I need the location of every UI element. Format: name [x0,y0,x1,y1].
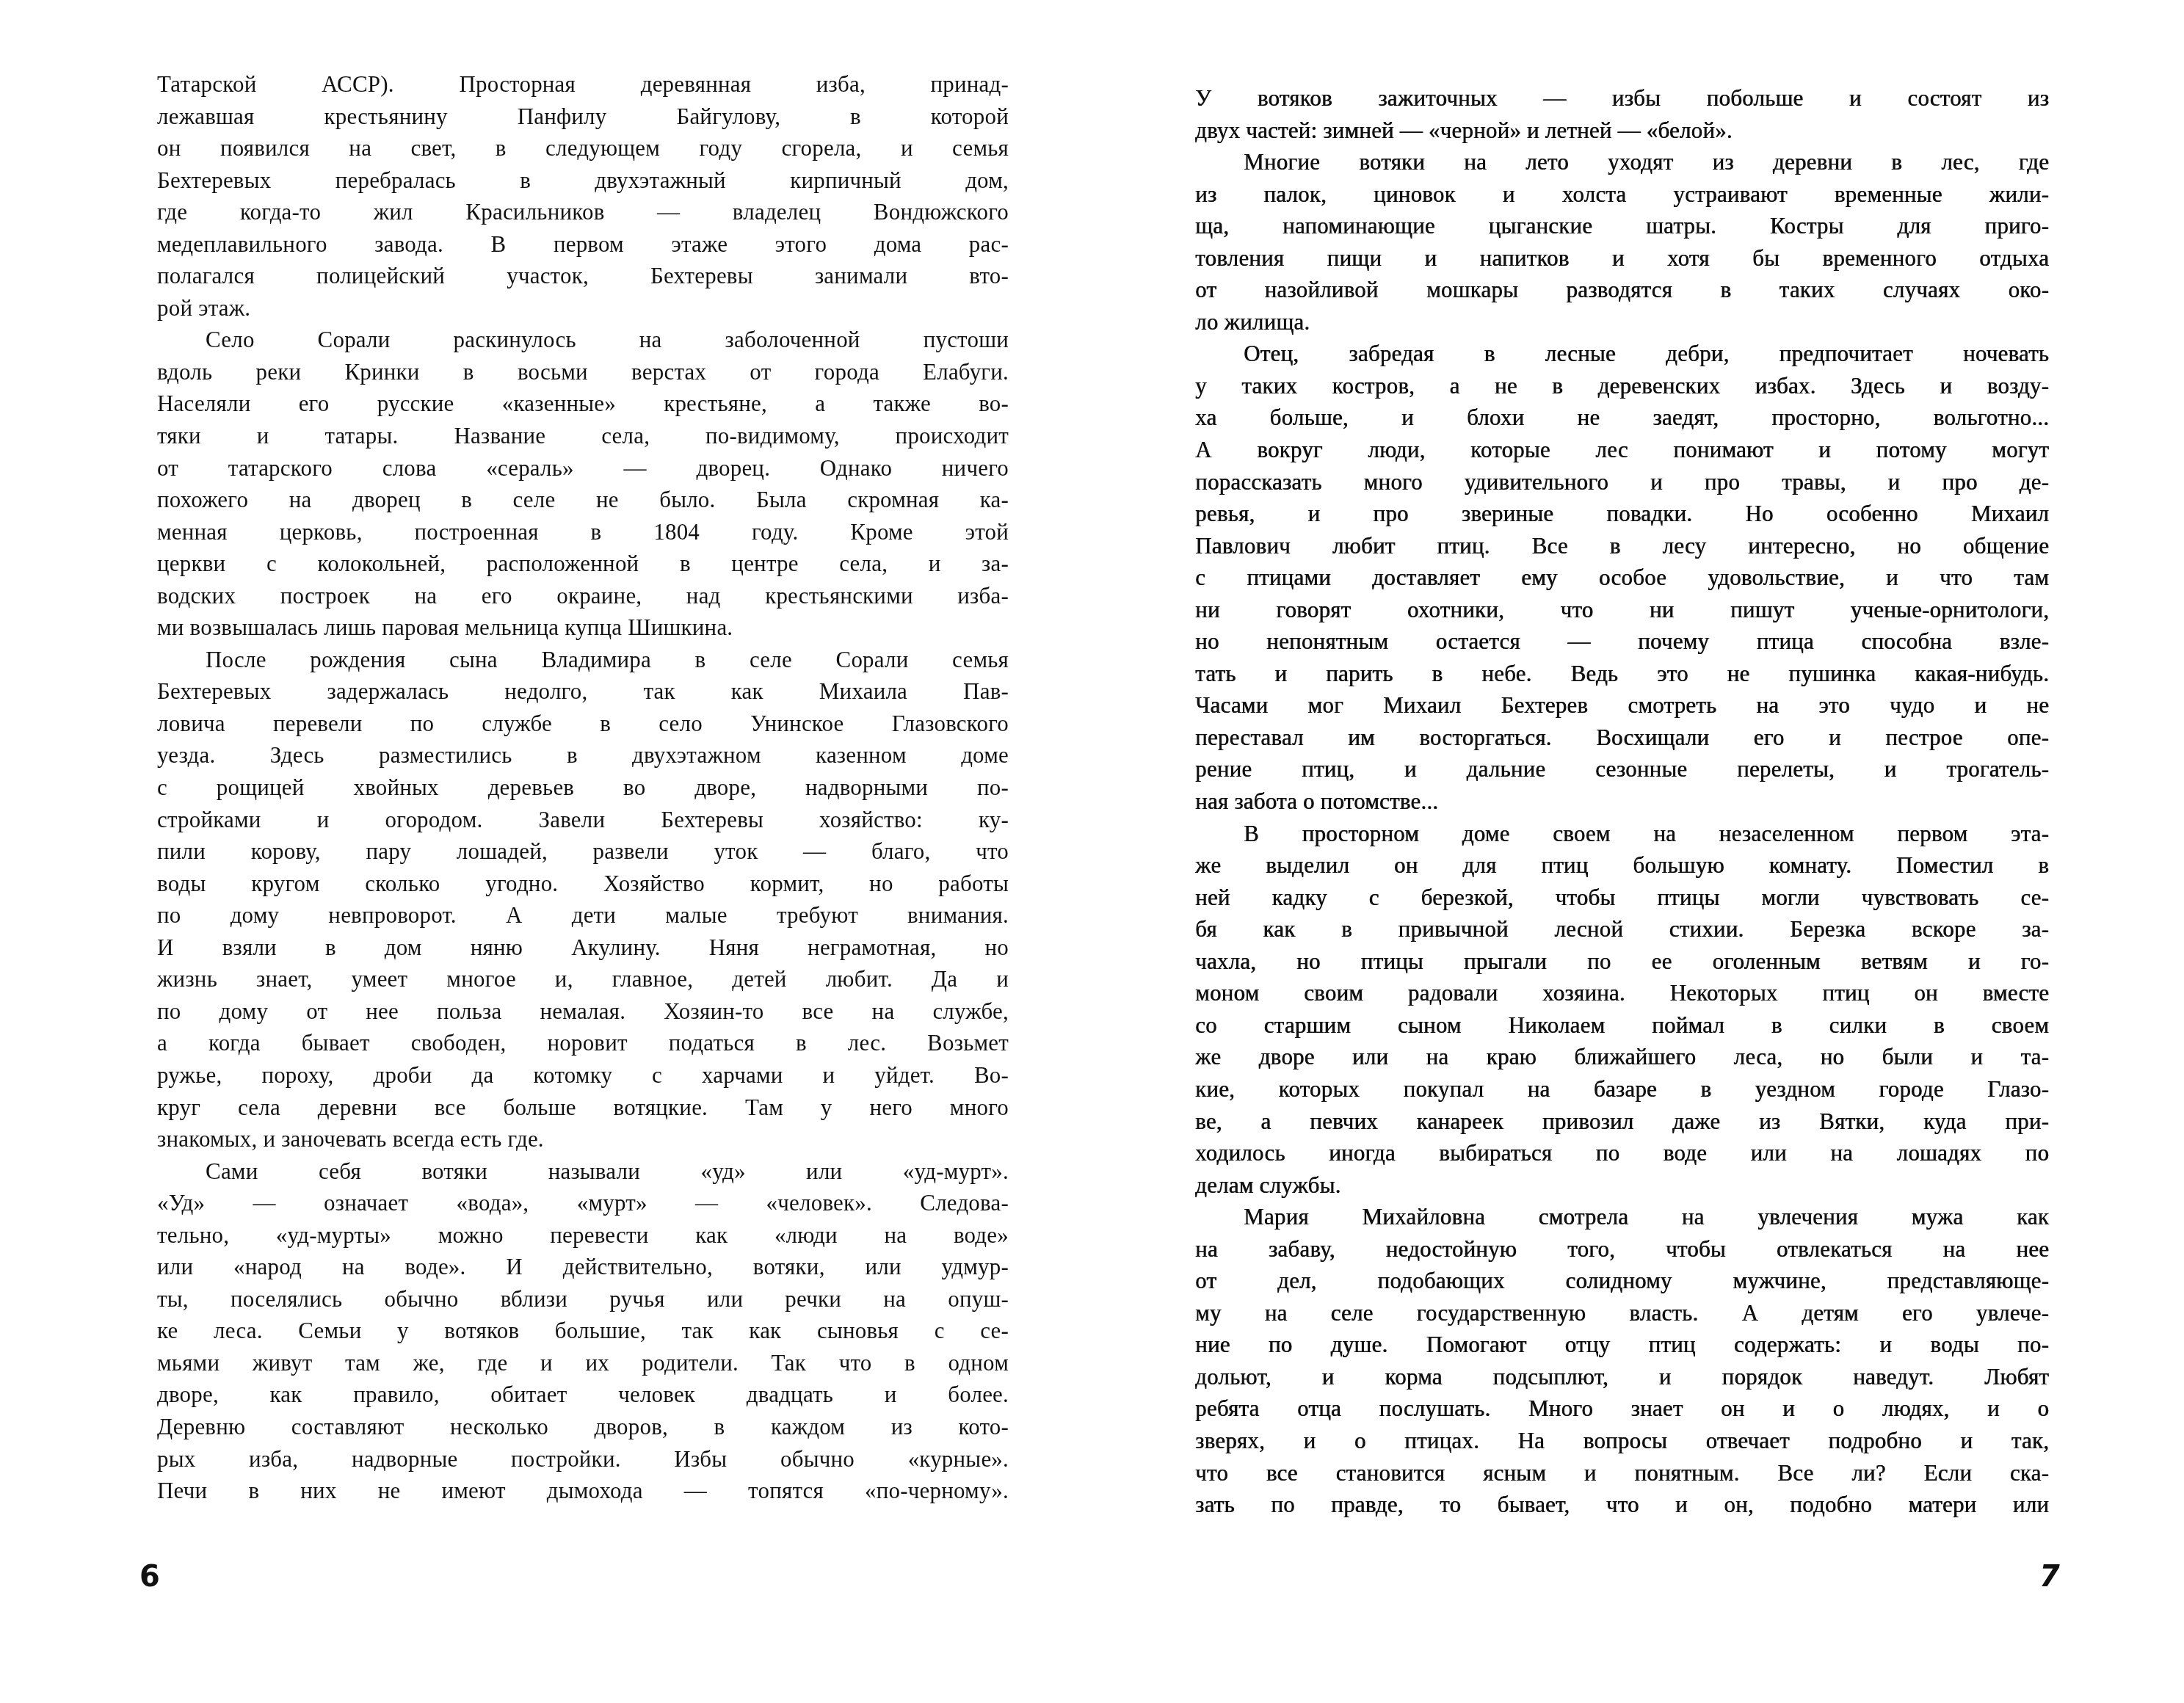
text-line: похожего на дворец в селе не было. Была … [157,484,1009,516]
text-line: ходилось иногда выбираться по воде или н… [1195,1137,2049,1169]
text-line: тать и парить в небе. Ведь это не пушинк… [1195,658,2049,690]
text-line: пили корову, пару лошадей, развели уток … [157,835,1009,868]
text-line: ке леса. Семьи у вотяков большие, так ка… [157,1315,1009,1347]
text-line: ловича перевели по службе в село Унинско… [157,708,1009,740]
text-line: ние по душе. Помогают отцу птиц содержат… [1195,1329,2049,1361]
text-line: ща, напоминающие цыганские шатры. Костры… [1195,210,2049,242]
text-line: тяки и татары. Название села, по-видимом… [157,420,1009,452]
paragraph-first-line: Мария Михайловна смотрела на увлечения м… [1195,1201,2049,1233]
text-line: водских построек на его окраине, над кре… [157,580,1009,612]
text-line: ружье, пороху, дроби да котомку с харчам… [157,1059,1009,1092]
page-number-left: 6 [139,1562,160,1591]
text-line: моном своим радовали хозяина. Некоторых … [1195,977,2049,1009]
text-line: дворе, как правило, обитает человек двад… [157,1379,1009,1411]
text-line: от назойливой мошкары разводятся в таких… [1195,274,2049,306]
text-line: рых изба, надворные постройки. Избы обыч… [157,1443,1009,1475]
text-line: ни говорят охотники, что ни пишут ученые… [1195,594,2049,626]
text-line: ребята отца послушать. Много знает он и … [1195,1392,2049,1425]
text-line: А вокруг люди, которые лес понимают и по… [1195,434,2049,466]
text-line: кие, которых покупал на базаре в уездном… [1195,1073,2049,1105]
text-line: Деревню составляют несколько дворов, в к… [157,1411,1009,1443]
text-line: медеплавильного завода. В первом этаже э… [157,228,1009,261]
text-line: с птицами доставляет ему особое удовольс… [1195,562,2049,594]
text-line: Печи в них не имеют дымохода — топятся «… [157,1475,1009,1507]
text-line: же выделил он для птиц большую комнату. … [1195,849,2049,882]
text-line: у таких костров, а не в деревенских изба… [1195,370,2049,402]
text-line: Павлович любит птиц. Все в лесу интересн… [1195,530,2049,562]
text-line: тельно, «уд-мурты» можно перевести как «… [157,1219,1009,1252]
text-line: со старшим сыном Николаем поймал в силки… [1195,1009,2049,1042]
text-line: мьями живут там же, где и их родители. Т… [157,1347,1009,1379]
text-line: ло жилища. [1195,306,2049,338]
text-line: где когда-то жил Красильников — владелец… [157,196,1009,228]
text-line: Бехтеревых задержалась недолго, так как … [157,675,1009,708]
text-line: по дому от нее польза немалая. Хозяин-то… [157,995,1009,1028]
text-line: от дел, подобающих солидному мужчине, пр… [1195,1265,2049,1297]
text-line: ты, поселялись обычно вблизи ручья или р… [157,1283,1009,1315]
text-line: делам службы. [1195,1169,2049,1202]
text-line: двух частей: зимней — «черной» и летней … [1195,115,2049,147]
text-line: му на селе государственную власть. А дет… [1195,1297,2049,1329]
text-line: с рощицей хвойных деревьев во дворе, над… [157,771,1009,804]
text-line: а когда бывает свободен, норовит податьс… [157,1027,1009,1059]
right-page-text-column: У вотяков зажиточных — избы побольше и с… [1195,82,2049,1521]
text-line: рой этаж. [157,292,1009,324]
left-page: Татарской АССР). Просторная деревянная и… [0,0,1092,1703]
text-line: он появился на свет, в следующем году сг… [157,132,1009,164]
text-line: «Уд» — означает «вода», «мурт» — «челове… [157,1187,1009,1219]
text-line: от татарского слова «сераль» — дворец. О… [157,452,1009,484]
text-line: же дворе или на краю ближайшего леса, но… [1195,1041,2049,1073]
text-line: бя как в привычной лесной стихии. Березк… [1195,913,2049,945]
text-line: круг села деревни все больше вотяцкие. Т… [157,1092,1009,1124]
text-line: зать по правде, то бывает, что и он, под… [1195,1489,2049,1521]
text-line: ней кадку с березкой, чтобы птицы могли … [1195,882,2049,914]
text-line: ми возвышалась лишь паровая мельница куп… [157,611,1009,644]
text-line: уезда. Здесь разместились в двухэтажном … [157,739,1009,771]
text-line: Часами мог Михаил Бехтерев смотреть на э… [1195,689,2049,722]
text-line: И взяли в дом няню Акулину. Няня неграмо… [157,932,1009,964]
text-line: ная забота о потомстве... [1195,785,2049,818]
text-line: Бехтеревых перебралась в двухэтажный кир… [157,164,1009,197]
text-line: товления пищи и напитков и хотя бы време… [1195,242,2049,275]
text-line: церкви с колокольней, расположенной в це… [157,548,1009,580]
text-line: дольют, и корма подсыплют, и порядок нав… [1195,1361,2049,1393]
text-line: чахла, но птицы прыгали по ее оголенным … [1195,945,2049,978]
text-line: рение птиц, и дальние сезонные перелеты,… [1195,753,2049,785]
text-line: что все становится ясным и понятным. Все… [1195,1457,2049,1489]
text-line: ревья, и про звериные повадки. Но особен… [1195,498,2049,530]
text-line: на забаву, недостойную того, чтобы отвле… [1195,1233,2049,1266]
text-line: порассказать много удивительного и про т… [1195,466,2049,498]
text-line: или «народ на воде». И действительно, во… [157,1251,1009,1283]
text-line: жизнь знает, умеет многое и, главное, де… [157,963,1009,995]
paragraph-first-line: После рождения сына Владимира в селе Сор… [157,644,1009,676]
text-line: менная церковь, построенная в 1804 году.… [157,516,1009,548]
text-line: полагался полицейский участок, Бехтеревы… [157,260,1009,292]
paragraph-first-line: В просторном доме своем на незаселенном … [1195,818,2049,850]
text-line: воды кругом сколько угодно. Хозяйство ко… [157,868,1009,900]
text-line: стройками и огородом. Завели Бехтеревы х… [157,804,1009,836]
text-line: зверях, и о птицах. На вопросы отвечает … [1195,1425,2049,1457]
paragraph-first-line: Многие вотяки на лето уходят из деревни … [1195,146,2049,178]
text-line: знакомых, и заночевать всегда есть где. [157,1123,1009,1155]
text-line: переставал им восторгаться. Восхищали ег… [1195,722,2049,754]
text-line: У вотяков зажиточных — избы побольше и с… [1195,82,2049,115]
text-line: лежавшая крестьянину Панфилу Байгулову, … [157,101,1009,133]
text-line: по дому невпроворот. А дети малые требую… [157,899,1009,932]
paragraph-first-line: Село Сорали раскинулось на заболоченной … [157,324,1009,356]
paragraph-first-line: Отец, забредая в лесные дебри, предпочит… [1195,338,2049,370]
text-line: но непонятным остается — почему птица сп… [1195,625,2049,658]
page-number-right: 7 [2039,1562,2060,1591]
text-line: Татарской АССР). Просторная деревянная и… [157,68,1009,101]
text-line: ве, а певчих канареек привозил даже из В… [1195,1105,2049,1138]
left-page-text-column: Татарской АССР). Просторная деревянная и… [157,68,1009,1507]
text-line: ха больше, и блохи не заедят, просторно,… [1195,402,2049,434]
text-line: Населяли его русские «казенные» крестьян… [157,388,1009,420]
text-line: вдоль реки Кринки в восьми верстах от го… [157,356,1009,388]
paragraph-first-line: Сами себя вотяки называли «уд» или «уд-м… [157,1155,1009,1188]
text-line: из палок, циновок и холста устраивают вр… [1195,178,2049,211]
